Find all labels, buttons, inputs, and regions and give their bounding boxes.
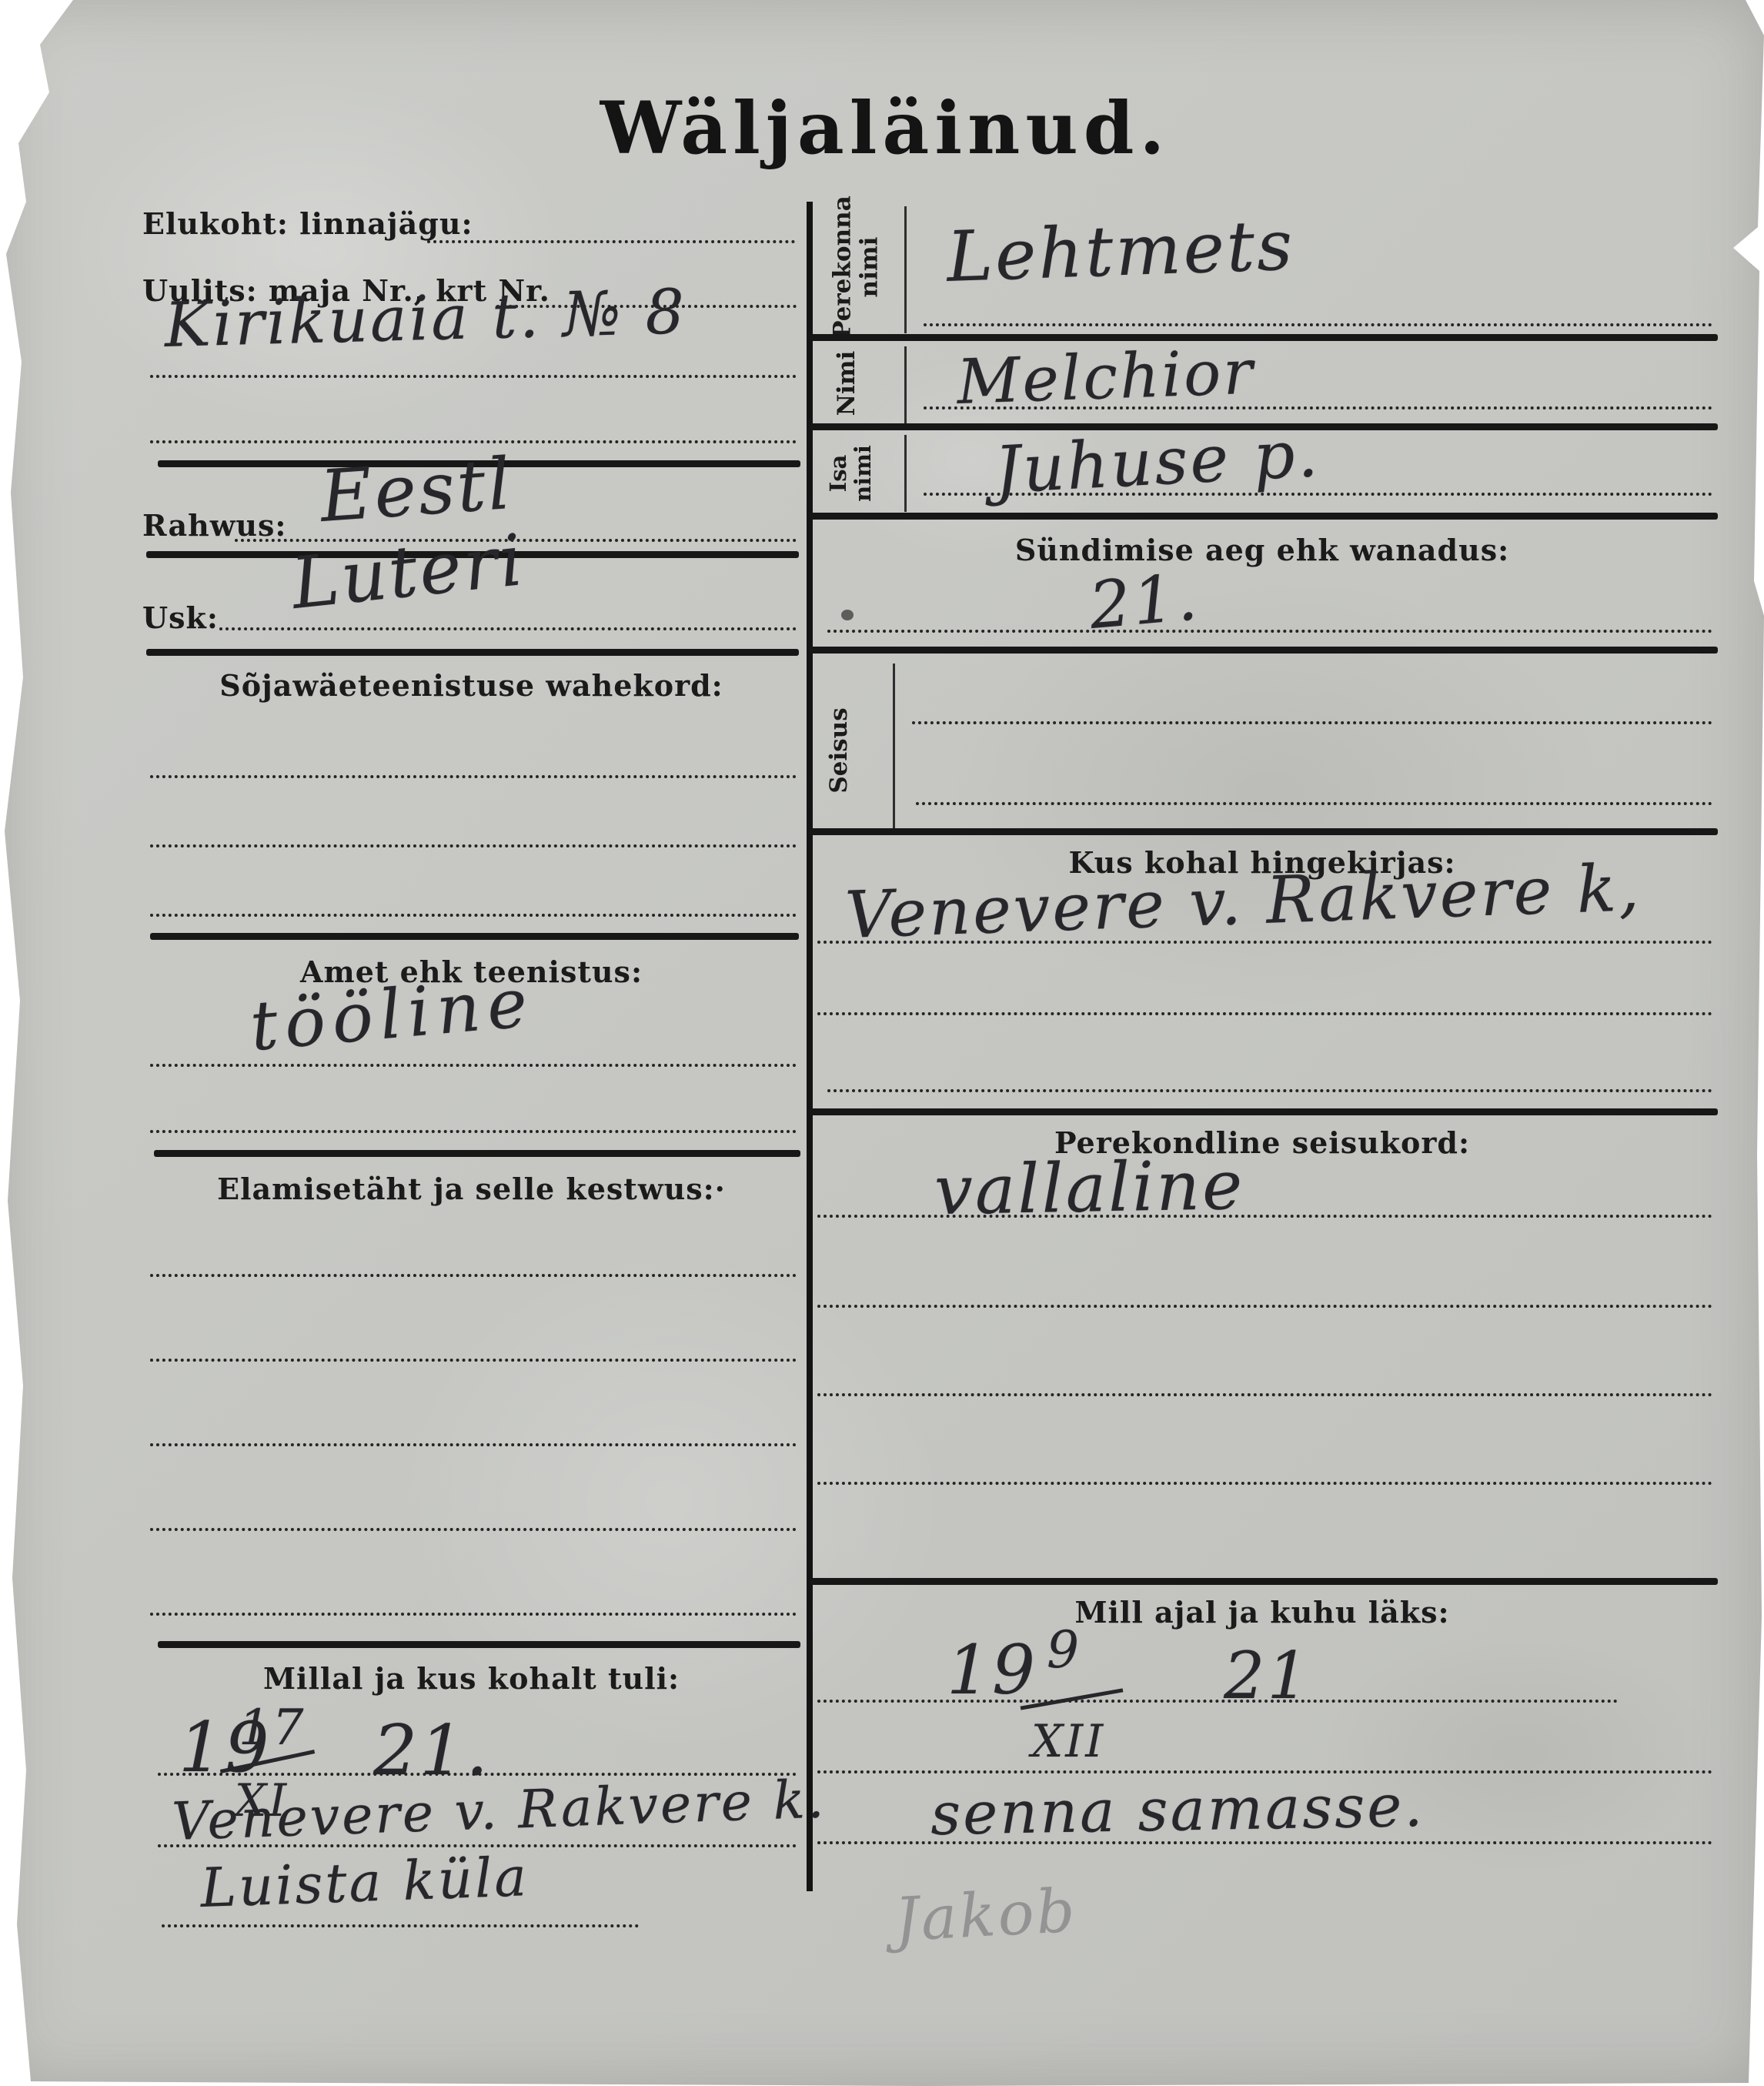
perekonna-nimi-vertical-label: Perekonna nimi (814, 204, 899, 331)
blank-line (150, 914, 797, 917)
seisus-line2 (916, 802, 1712, 805)
millal-line3 (162, 1924, 639, 1927)
blank-line (817, 1305, 1712, 1308)
laks-line2 (817, 1770, 1712, 1773)
rule-thick (154, 1150, 800, 1157)
millal-header: Millal ja kus kohalt tuli: (146, 1661, 797, 1696)
label-separator-line (904, 435, 907, 512)
blank-line (150, 1613, 797, 1616)
elamisetaht-header: Elamisetäht ja selle kestwus:· (146, 1172, 797, 1206)
blank-line (150, 775, 797, 778)
rule-thick (810, 828, 1718, 835)
column-divider (807, 202, 813, 1891)
perekonna-label-line1: Perekonna (830, 196, 857, 339)
laks-header: Mill ajal ja kuhu läks: (847, 1595, 1678, 1630)
ink-blot (841, 610, 854, 620)
hingekirjas-line3 (827, 1089, 1712, 1092)
blank-line (150, 1130, 797, 1133)
blank-line (150, 1359, 797, 1362)
laks-date-month: XII (1031, 1715, 1105, 1767)
blank-line (150, 440, 797, 443)
elukoht-label: Elukoht: linnajägu: (142, 206, 473, 241)
laks-line3 (817, 1841, 1712, 1844)
seisus-vertical-label: Seisus (824, 677, 854, 824)
hingekirjas-line2 (817, 1012, 1712, 1015)
blank-line (817, 1393, 1712, 1396)
millal-place-line2: Luista küla (199, 1845, 530, 1920)
laks-line1 (817, 1700, 1618, 1703)
blank-line (150, 844, 797, 847)
scanned-form-page: Wäljaläinud. Elukoht: linnajägu: Uulits:… (0, 0, 1764, 2086)
rule-thick (810, 1108, 1718, 1115)
uulits-handwriting: Kirikuaia t. № 8 (164, 276, 688, 361)
rule-thick (158, 1641, 800, 1648)
amet-line (150, 1064, 797, 1067)
paper-sheet: Wäljaläinud. Elukoht: linnajägu: Uulits:… (0, 0, 1764, 2086)
uulits-line (150, 375, 797, 378)
blank-line (150, 1528, 797, 1531)
page-title: Wäljaläinud. (500, 86, 1270, 171)
perekonna-line (924, 323, 1712, 326)
pencil-note: Jakob (893, 1877, 1078, 1955)
elukoht-line (427, 240, 795, 243)
rule-thick (810, 513, 1718, 520)
blank-line (817, 1482, 1712, 1485)
label-separator-line (904, 346, 907, 425)
rule-thick (810, 334, 1718, 341)
seisus-label: Seisus (826, 707, 853, 793)
isa-nimi-vertical-label: Isa nimi (820, 431, 881, 516)
laks-place-handwriting: senna samasse. (930, 1771, 1425, 1848)
perekonna-handwriting: Lehtmets (945, 205, 1296, 298)
perekondline-line (817, 1215, 1712, 1218)
usk-line (219, 627, 797, 630)
nimi-vertical-label: Nimi (831, 343, 862, 423)
nimi-line (924, 406, 1712, 410)
label-separator-line (893, 664, 895, 829)
isa-label-line1: Isa (826, 455, 850, 493)
isa-label-line2: nimi (850, 445, 875, 502)
rule-thick (150, 933, 799, 940)
perekonna-label-line2: nimi (857, 237, 884, 298)
millal-date-year-suffix: 21. (373, 1710, 490, 1791)
rule-thick (810, 1578, 1718, 1585)
laks-date-day: 9 (1047, 1620, 1081, 1680)
nimi-label: Nimi (834, 351, 860, 416)
rule-thick (810, 647, 1718, 654)
sojawae-header: Sõjawäeteenistuse wahekord: (146, 668, 797, 703)
rahwus-label: Rahwus: (142, 508, 286, 543)
hingekirjas-line1 (817, 941, 1712, 944)
millal-date-day: 17 (239, 1700, 306, 1757)
usk-label: Usk: (142, 600, 219, 635)
blank-line (150, 1274, 797, 1277)
isa-line (924, 493, 1712, 496)
label-separator-line (904, 206, 907, 333)
blank-line (150, 1443, 797, 1446)
rule-thick (146, 649, 799, 656)
sundimise-line (827, 630, 1712, 633)
seisus-line1 (912, 721, 1712, 724)
sundimise-header: Sündimise aeg ehk wanadus: (847, 533, 1678, 567)
laks-date-year-prefix: 19 (947, 1630, 1037, 1710)
